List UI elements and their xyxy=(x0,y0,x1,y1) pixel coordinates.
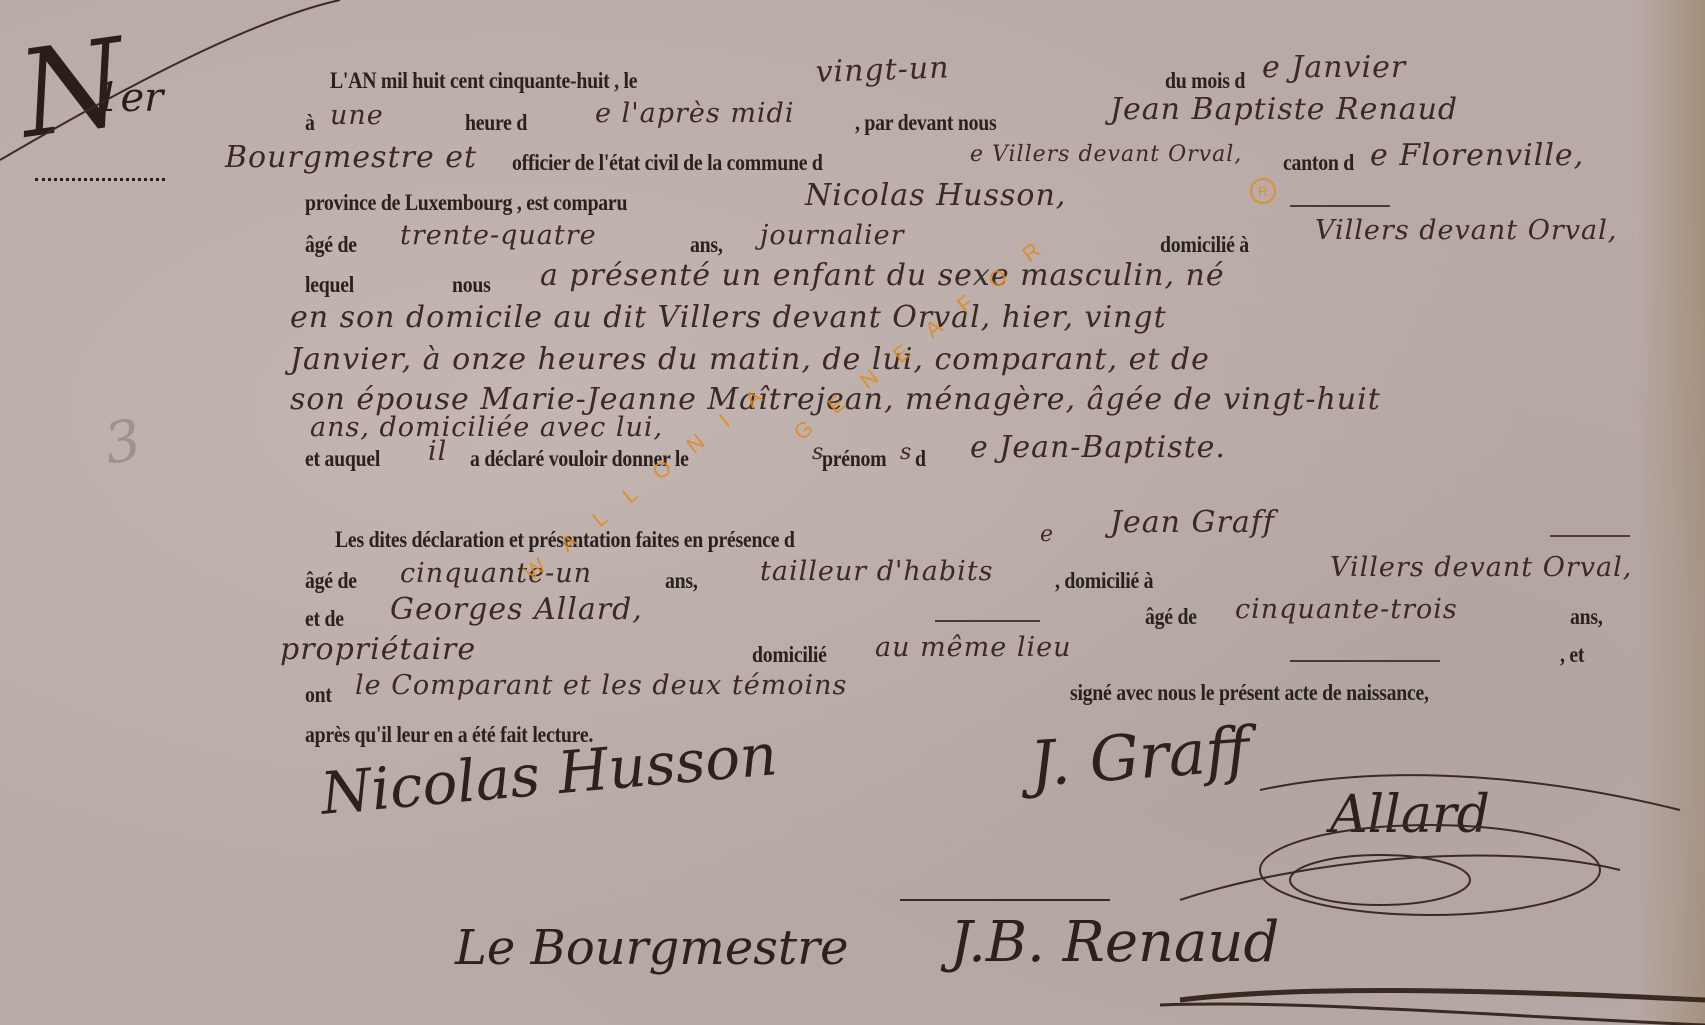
printed-line-13a: âgé de xyxy=(305,568,357,594)
hw-witness2-occupation: propriétaire xyxy=(280,632,476,667)
blank-rule xyxy=(1290,205,1390,207)
pencil-mark: 3 xyxy=(100,407,146,477)
printed-line-14b: âgé de xyxy=(1145,604,1197,630)
hw-canton: e Florenville, xyxy=(1370,138,1584,173)
hw-time-of-day: e l'après midi xyxy=(595,98,794,129)
blank-rule xyxy=(1550,535,1630,537)
entry-number-superscript: 1er xyxy=(95,75,163,121)
printed-line-15b: , et xyxy=(1560,642,1584,668)
hw-day: vingt-un xyxy=(815,50,950,90)
printed-line-14c: ans, xyxy=(1570,604,1603,630)
watermark-registered-icon: R xyxy=(1250,178,1276,204)
hw-declarant-age: trente-quatre xyxy=(400,220,597,251)
hw-signers: le Comparant et les deux témoins xyxy=(355,670,847,701)
hw-declarant-residence: Villers devant Orval, xyxy=(1315,215,1617,246)
signature-mayor: J.B. Renaud xyxy=(950,910,1279,975)
printed-line-11d: d xyxy=(915,446,926,472)
hw-declarant-occupation: journalier xyxy=(760,220,905,251)
hw-witness1-prefix: e xyxy=(1040,522,1054,547)
printed-line-3a: officier de l'état civil de la commune d xyxy=(512,150,823,176)
hw-officer-name: Jean Baptiste Renaud xyxy=(1110,92,1458,127)
printed-line-4a: province de Luxembourg , est comparu xyxy=(305,190,627,216)
hw-plural-s2: s xyxy=(900,440,912,465)
printed-line-13c: , domicilié à xyxy=(1055,568,1153,594)
signature-mayor-label: Le Bourgmestre xyxy=(455,920,849,976)
hw-witness2-residence: au même lieu xyxy=(875,632,1071,663)
printed-line-3b: canton d xyxy=(1283,150,1354,176)
printed-line-16b: signé avec nous le présent acte de naiss… xyxy=(1070,680,1429,706)
printed-line-1a: L'AN mil huit cent cinquante-huit , le xyxy=(330,68,637,94)
printed-line-16a: ont xyxy=(305,682,332,708)
hw-witness1-occupation: tailleur d'habits xyxy=(760,556,994,587)
printed-line-11c: prénom xyxy=(822,446,886,472)
printed-line-2a: à xyxy=(305,110,315,136)
hw-hour: une xyxy=(330,100,384,131)
hw-month: e Janvier xyxy=(1262,50,1406,85)
hw-line-8: Janvier, à onze heures du matin, de lui,… xyxy=(290,342,1210,377)
hw-declarant: Nicolas Husson, xyxy=(805,178,1066,213)
blank-rule xyxy=(935,620,1040,622)
hw-witness2-name: Georges Allard, xyxy=(390,592,643,627)
printed-line-5c: domicilié à xyxy=(1160,232,1249,258)
hw-officer-title: Bourgmestre et xyxy=(225,140,477,175)
printed-line-5a: âgé de xyxy=(305,232,357,258)
printed-line-14a: et de xyxy=(305,606,344,632)
hw-commune: e Villers devant Orval, xyxy=(970,142,1242,167)
signature-witness1: J. Graff xyxy=(1028,712,1252,800)
signature-witness2: Allard xyxy=(1330,785,1490,845)
hw-witness2-age: cinquante-trois xyxy=(1235,594,1458,625)
printed-line-2c: , par devant nous xyxy=(855,110,996,136)
hw-witness1-residence: Villers devant Orval, xyxy=(1330,552,1632,583)
blank-rule xyxy=(1290,660,1440,662)
birth-certificate-page: N 1er 3 L'AN mil huit cent cinquante-hui… xyxy=(0,0,1705,1025)
printed-line-11a: et auquel xyxy=(305,446,380,472)
printed-line-15a: domicilié xyxy=(752,642,827,668)
printed-line-6a: lequel xyxy=(305,272,354,298)
hw-line-7: en son domicile au dit Villers devant Or… xyxy=(290,300,1167,335)
printed-line-2b: heure d xyxy=(465,110,527,136)
entry-number-underline xyxy=(35,175,165,181)
hw-pronoun: il xyxy=(428,436,447,467)
printed-line-5b: ans, xyxy=(690,232,723,258)
hw-line-6: a présenté un enfant du sexe masculin, n… xyxy=(540,258,1225,293)
hw-child-names: e Jean-Baptiste. xyxy=(970,430,1226,465)
printed-line-6b: nous xyxy=(452,272,491,298)
hw-witness1-name: Jean Graff xyxy=(1110,505,1275,540)
printed-line-13b: ans, xyxy=(665,568,698,594)
hw-line-10: ans, domiciliée avec lui, xyxy=(310,412,663,443)
printed-line-1b: du mois d xyxy=(1165,68,1245,94)
